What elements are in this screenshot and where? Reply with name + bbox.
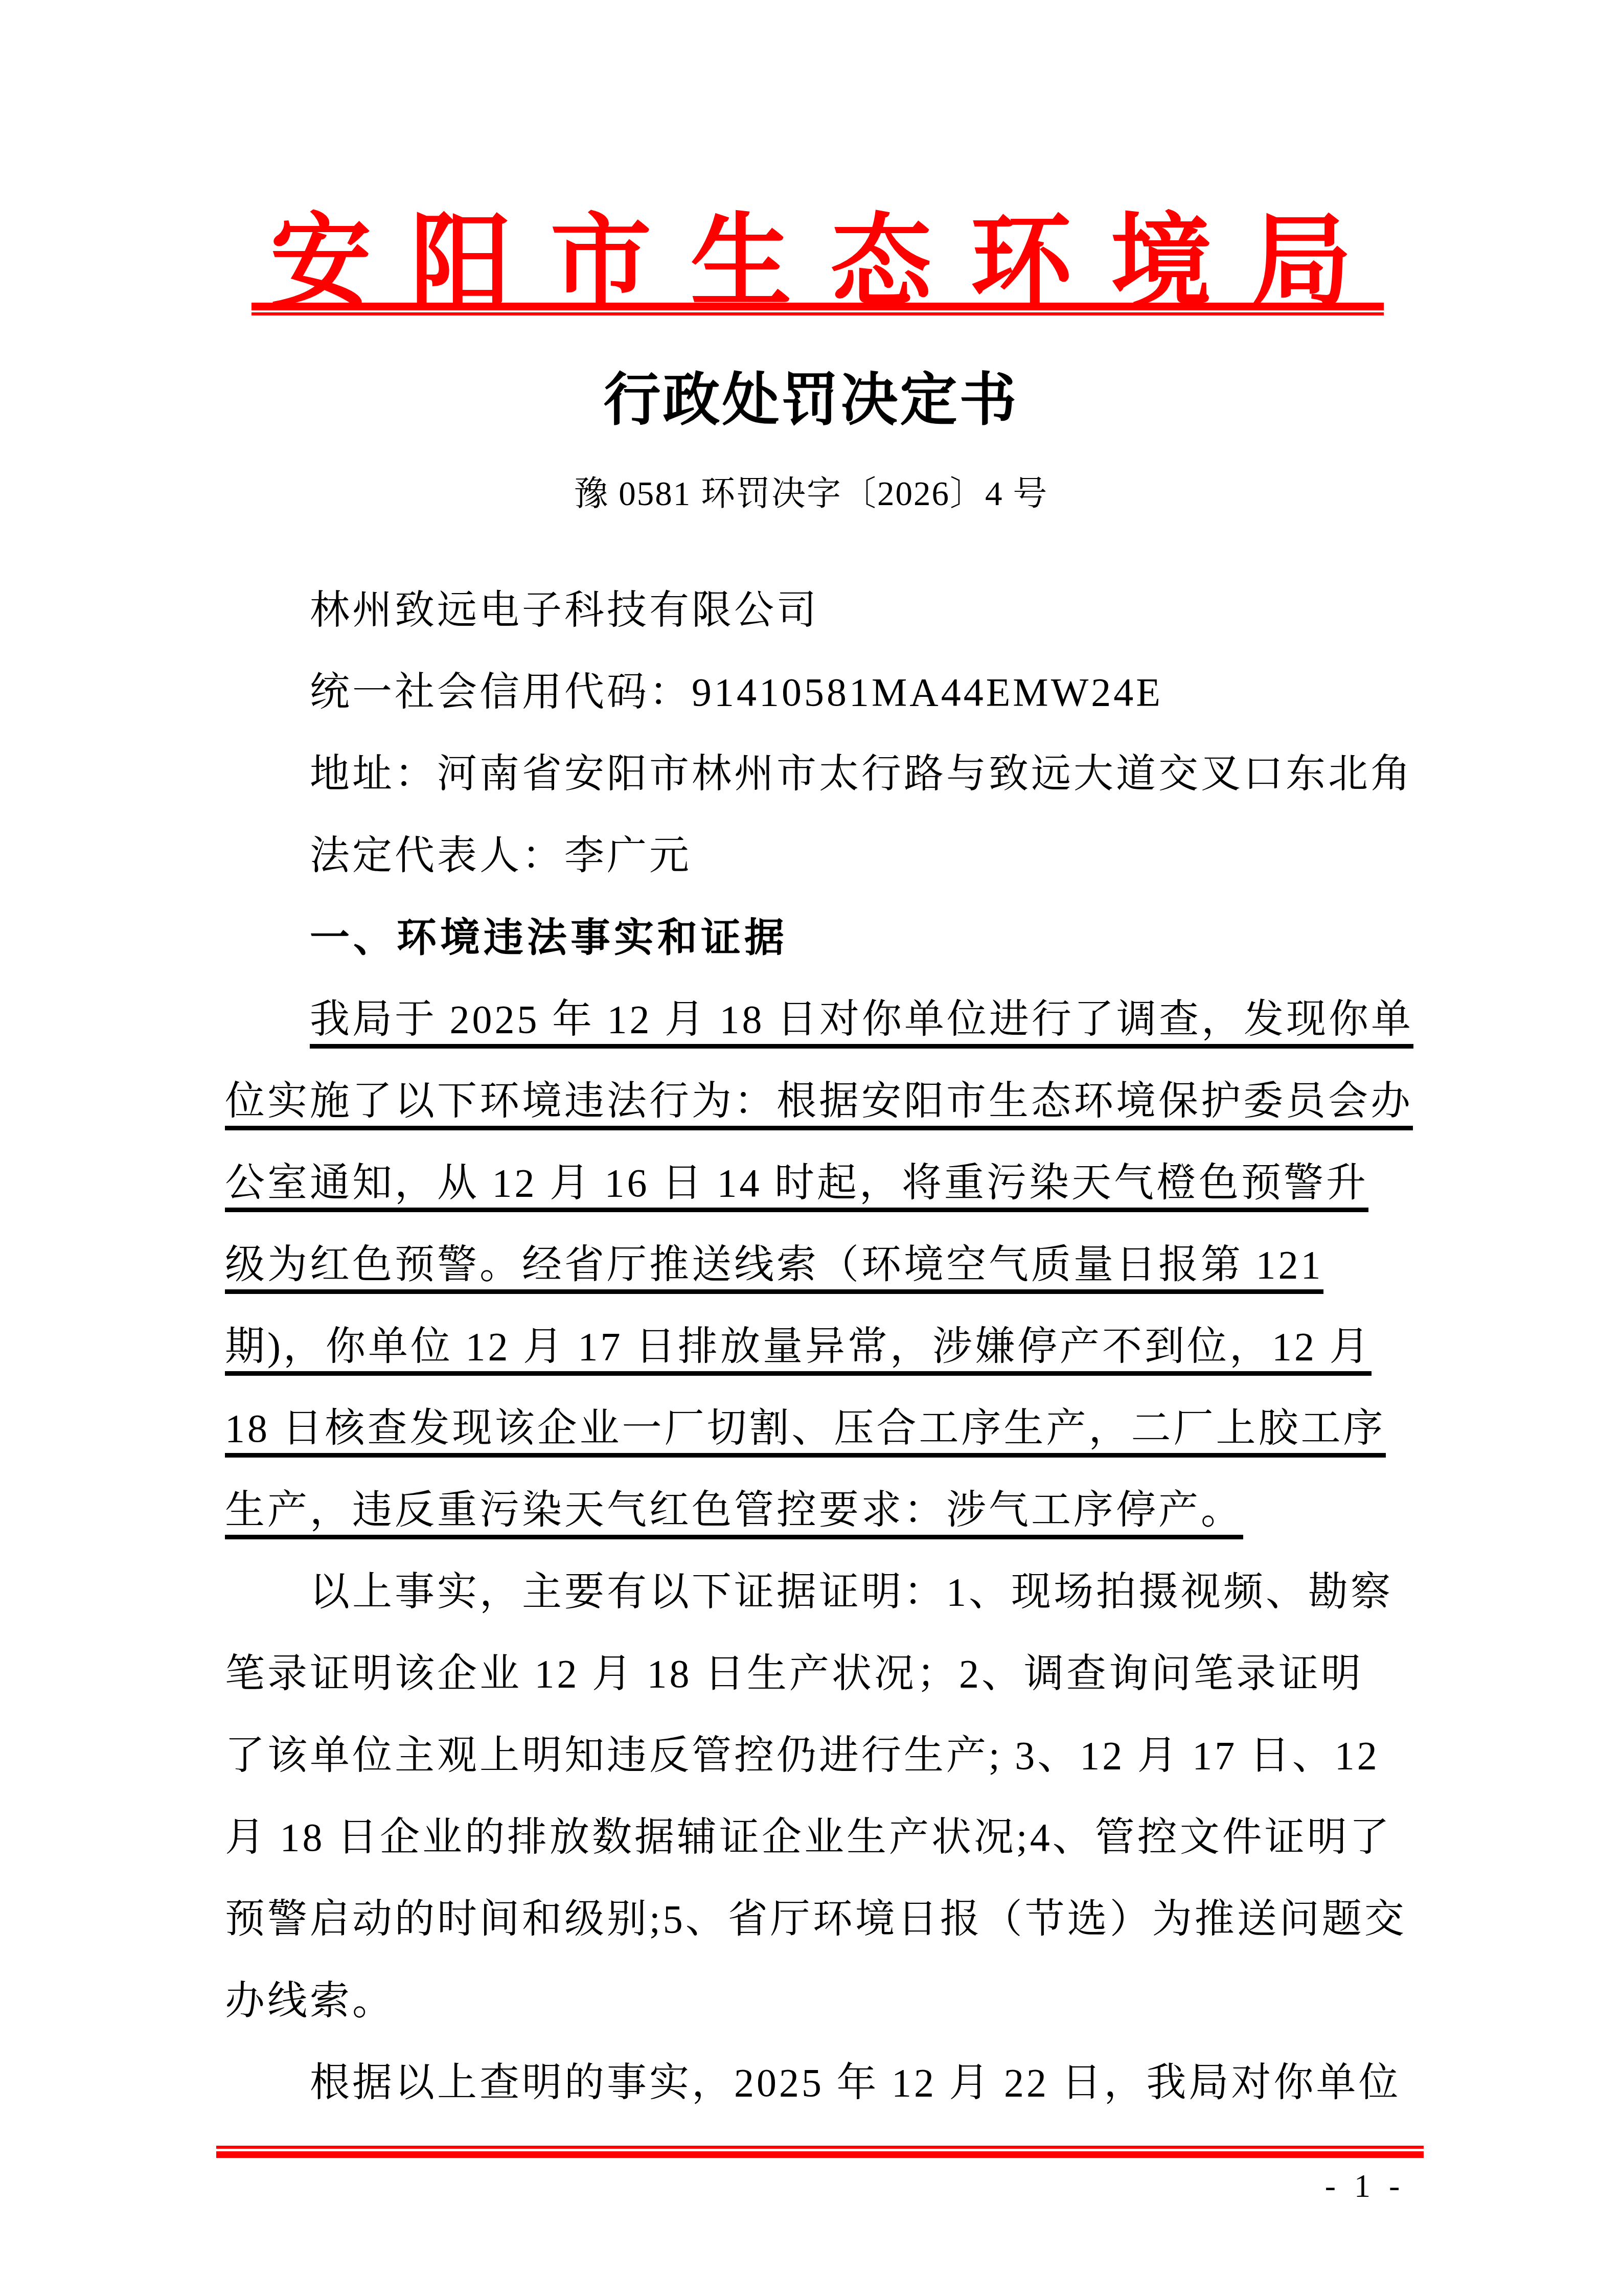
body-line: 生产，违反重污染天气红色管控要求：涉气工序停产。	[225, 1469, 1426, 1551]
body-line: 办线索。	[225, 1960, 1426, 2042]
body-line: 地址：河南省安阳市林州市太行路与致远大道交叉口东北角	[225, 733, 1426, 815]
section-heading: 一、环境违法事实和证据	[225, 897, 1426, 979]
body-line: 根据以上查明的事实，2025 年 12 月 22 日，我局对你单位	[225, 2042, 1426, 2124]
letterhead-rule-thick	[252, 303, 1384, 310]
body-line: 以上事实，主要有以下证据证明：1、现场拍摄视频、勘察	[225, 1551, 1426, 1633]
document-number: 豫 0581 环罚决字〔2026〕4 号	[0, 466, 1622, 515]
body-line: 林州致远电子科技有限公司	[225, 570, 1426, 651]
body-line: 月 18 日企业的排放数据辅证企业生产状况;4、管控文件证明了	[225, 1797, 1426, 1878]
body-line: 我局于 2025 年 12 月 18 日对你单位进行了调查，发现你单	[225, 979, 1426, 1060]
document-title: 行政处罚决定书	[0, 354, 1622, 437]
body-line: 位实施了以下环境违法行为：根据安阳市生态环境保护委员会办	[225, 1060, 1426, 1142]
body-line: 法定代表人：李广元	[225, 815, 1426, 897]
body-line: 公室通知，从 12 月 16 日 14 时起，将重污染天气橙色预警升	[225, 1142, 1426, 1224]
body-line: 18 日核查发现该企业一厂切割、压合工序生产，二厂上胶工序	[225, 1388, 1426, 1469]
body-line: 笔录证明该企业 12 月 18 日生产状况；2、调查询问笔录证明	[225, 1633, 1426, 1715]
body-line: 了该单位主观上明知违反管控仍进行生产; 3、12 月 17 日、12	[225, 1715, 1426, 1797]
letterhead-rule-thin	[252, 312, 1384, 315]
footer-rule-thin	[216, 2146, 1424, 2149]
page-number: - 1 -	[1298, 2145, 1431, 2227]
body-line: 预警启动的时间和级别;5、省厅环境日报（节选）为推送问题交	[225, 1878, 1426, 1960]
footer-rule-thick	[216, 2151, 1424, 2158]
body-lines: 林州致远电子科技有限公司统一社会信用代码：91410581MA44EMW24E地…	[225, 570, 1426, 2124]
body-line: 级为红色预警。经省厅推送线索（环境空气质量日报第 121	[225, 1224, 1426, 1306]
body-line: 期)，你单位 12 月 17 日排放量异常，涉嫌停产不到位，12 月	[225, 1306, 1426, 1388]
body-line: 统一社会信用代码：91410581MA44EMW24E	[225, 651, 1426, 733]
document-page: 安阳市生态环境局 行政处罚决定书 豫 0581 环罚决字〔2026〕4 号 林州…	[0, 0, 1622, 2296]
